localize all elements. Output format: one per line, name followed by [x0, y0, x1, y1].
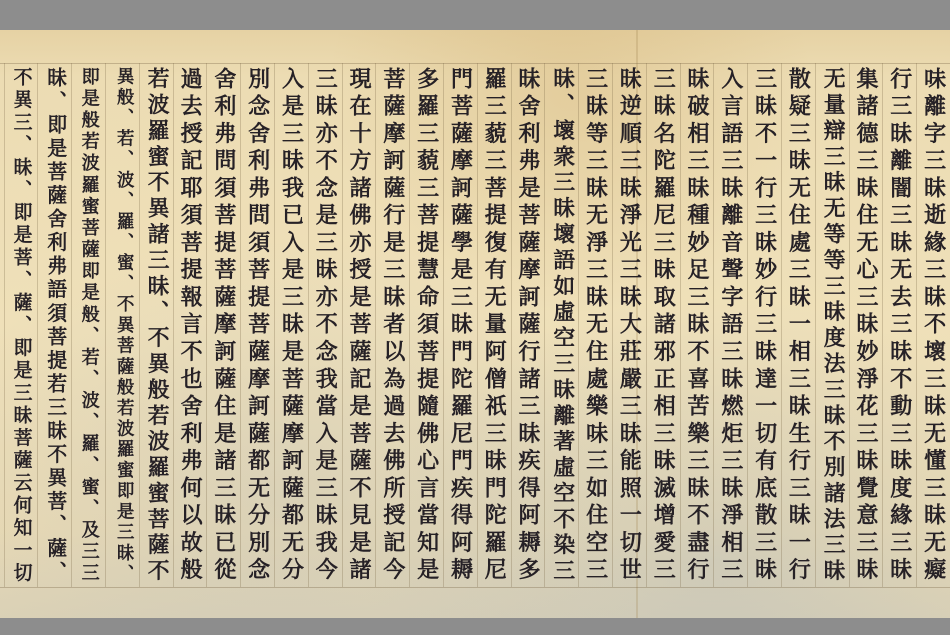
column-text: 昧破相三昧種妙足三昧不喜苦樂三昧不盡行: [686, 67, 708, 587]
text-column-25: 異般、若、波、羅、蜜、不異菩薩般若波羅蜜即是三昧、: [105, 63, 139, 587]
column-text: 入言語三昧離音聲字語三昧燃炬三昧淨相三: [720, 67, 742, 587]
text-column-17: 菩薩摩訶薩行是三昧者以為過去佛所授記今: [375, 63, 409, 587]
text-column-2: 行三昧離闇三昧无去三昧不動三昧度緣三昧: [882, 63, 916, 587]
text-column-13: 昧舍利弗是菩薩摩訶薩行諸三昧疾得阿耨多: [511, 63, 545, 587]
column-text: 味離字三昧逝緣三昧不壞三昧无懂三昧无癡: [923, 67, 945, 587]
text-column-28: 不異三、昧、即是菩、薩、即是三昧菩薩云何知一切: [4, 63, 38, 587]
column-text: 昧舍利弗是菩薩摩訶薩行諸三昧疾得阿耨多: [517, 67, 539, 587]
text-column-8: 昧破相三昧種妙足三昧不喜苦樂三昧不盡行: [680, 63, 714, 587]
column-text: 若波羅蜜不異諸三昧、不異般若波羅蜜菩薩不: [145, 67, 167, 587]
text-column-12: 昧、壞衆三昧壞語如虛空三昧離著虛空不染三: [544, 63, 578, 587]
text-column-14: 羅三藐三菩提復有无量阿僧祇三昧門陀羅尼: [477, 63, 511, 587]
column-text: 現在十方諸佛亦授是菩薩記是菩薩不見是諸: [348, 67, 370, 587]
column-text: 三昧名陀羅尼三昧取諸邪正相三昧滅增愛三: [652, 67, 674, 587]
text-column-15: 門菩薩摩訶薩學是三昧門陀羅尼門疾得阿耨: [443, 63, 477, 587]
column-text: 昧、壞衆三昧壞語如虛空三昧離著虛空不染三: [551, 67, 573, 587]
text-column-18: 現在十方諸佛亦授是菩薩記是菩薩不見是諸: [342, 63, 376, 587]
manuscript-scroll: 味離字三昧逝緣三昧不壞三昧无懂三昧无癡 行三昧離闇三昧无去三昧不動三昧度緣三昧 …: [0, 30, 950, 618]
text-column-7: 入言語三昧離音聲字語三昧燃炬三昧淨相三: [713, 63, 747, 587]
text-column-6: 三昧不一行三昧妙行三昧達一切有底散三昧: [747, 63, 781, 587]
text-column-3: 集諸德三昧住无心三昧妙淨花三昧覺意三昧: [849, 63, 883, 587]
column-text: 散疑三昧无住處三昧一相三昧生行三昧一行: [787, 67, 809, 587]
column-text: 即是般若波羅蜜菩薩即是般、若、波、羅、蜜、及三三: [80, 67, 98, 587]
column-text: 異般、若、波、羅、蜜、不異菩薩般若波羅蜜即是三昧、: [114, 67, 131, 587]
text-column-9: 三昧名陀羅尼三昧取諸邪正相三昧滅增愛三: [646, 63, 680, 587]
text-column-24: 若波羅蜜不異諸三昧、不異般若波羅蜜菩薩不: [139, 63, 173, 587]
text-column-21: 別念舍利弗問須菩提菩薩摩訶薩都无分別念: [240, 63, 274, 587]
column-text: 三昧等三昧无淨三昧无住處樂味三如住空三: [585, 67, 607, 587]
column-text: 不異三、昧、即是菩、薩、即是三昧菩薩云何知一切: [12, 67, 31, 587]
text-column-1: 味離字三昧逝緣三昧不壞三昧无懂三昧无癡: [916, 63, 950, 587]
text-column-22: 舍利弗問須菩提菩薩摩訶薩住是諸三昧已從: [206, 63, 240, 587]
column-text: 无量辯三昧无等等三昧度法三昧不別諸法三昧: [821, 67, 843, 587]
text-column-10: 昧逆順三昧淨光三昧大莊嚴三昧能照一切世: [612, 63, 646, 587]
text-column-5: 散疑三昧无住處三昧一相三昧生行三昧一行: [781, 63, 815, 587]
column-text: 入是三昧我已入是三昧是菩薩摩訶薩都无分: [280, 67, 302, 587]
column-text: 別念舍利弗問須菩提菩薩摩訶薩都无分別念: [247, 67, 269, 587]
column-text: 三昧不一行三昧妙行三昧達一切有底散三昧: [754, 67, 776, 587]
column-text: 集諸德三昧住无心三昧妙淨花三昧覺意三昧: [855, 67, 877, 587]
column-text: 行三昧離闇三昧无去三昧不動三昧度緣三昧: [889, 67, 911, 587]
column-text: 過去授記耶須菩提報言不也舍利弗何以故般: [179, 67, 201, 587]
column-text: 昧逆順三昧淨光三昧大莊嚴三昧能照一切世: [618, 67, 640, 587]
text-columns: 味離字三昧逝緣三昧不壞三昧无懂三昧无癡 行三昧離闇三昧无去三昧不動三昧度緣三昧 …: [2, 63, 950, 587]
text-column-23: 過去授記耶須菩提報言不也舍利弗何以故般: [173, 63, 207, 587]
text-column-26: 即是般若波羅蜜菩薩即是般、若、波、羅、蜜、及三三: [71, 63, 105, 587]
text-column-19: 三昧亦不念是三昧亦不念我當入是三昧我今: [308, 63, 342, 587]
column-text: 門菩薩摩訶薩學是三昧門陀羅尼門疾得阿耨: [449, 67, 471, 587]
text-column-16: 多羅三藐三菩提慧命須菩提隨佛心言當知是: [409, 63, 443, 587]
column-text: 菩薩摩訶薩行是三昧者以為過去佛所授記今: [382, 67, 404, 587]
column-text: 多羅三藐三菩提慧命須菩提隨佛心言當知是: [416, 67, 438, 587]
text-column-4: 无量辯三昧无等等三昧度法三昧不別諸法三昧: [815, 63, 849, 587]
bottom-ruled-line: [0, 587, 950, 588]
column-text: 三昧亦不念是三昧亦不念我當入是三昧我今: [314, 67, 336, 587]
column-text: 舍利弗問須菩提菩薩摩訶薩住是諸三昧已從: [213, 67, 235, 587]
column-text: 羅三藐三菩提復有无量阿僧祇三昧門陀羅尼: [483, 67, 505, 587]
column-text: 昧、即是菩薩舍利弗語須菩提若三昧不異菩、薩、: [45, 67, 65, 587]
text-column-27: 昧、即是菩薩舍利弗語須菩提若三昧不異菩、薩、: [37, 63, 71, 587]
text-column-11: 三昧等三昧无淨三昧无住處樂味三如住空三: [578, 63, 612, 587]
text-column-20: 入是三昧我已入是三昧是菩薩摩訶薩都无分: [274, 63, 308, 587]
